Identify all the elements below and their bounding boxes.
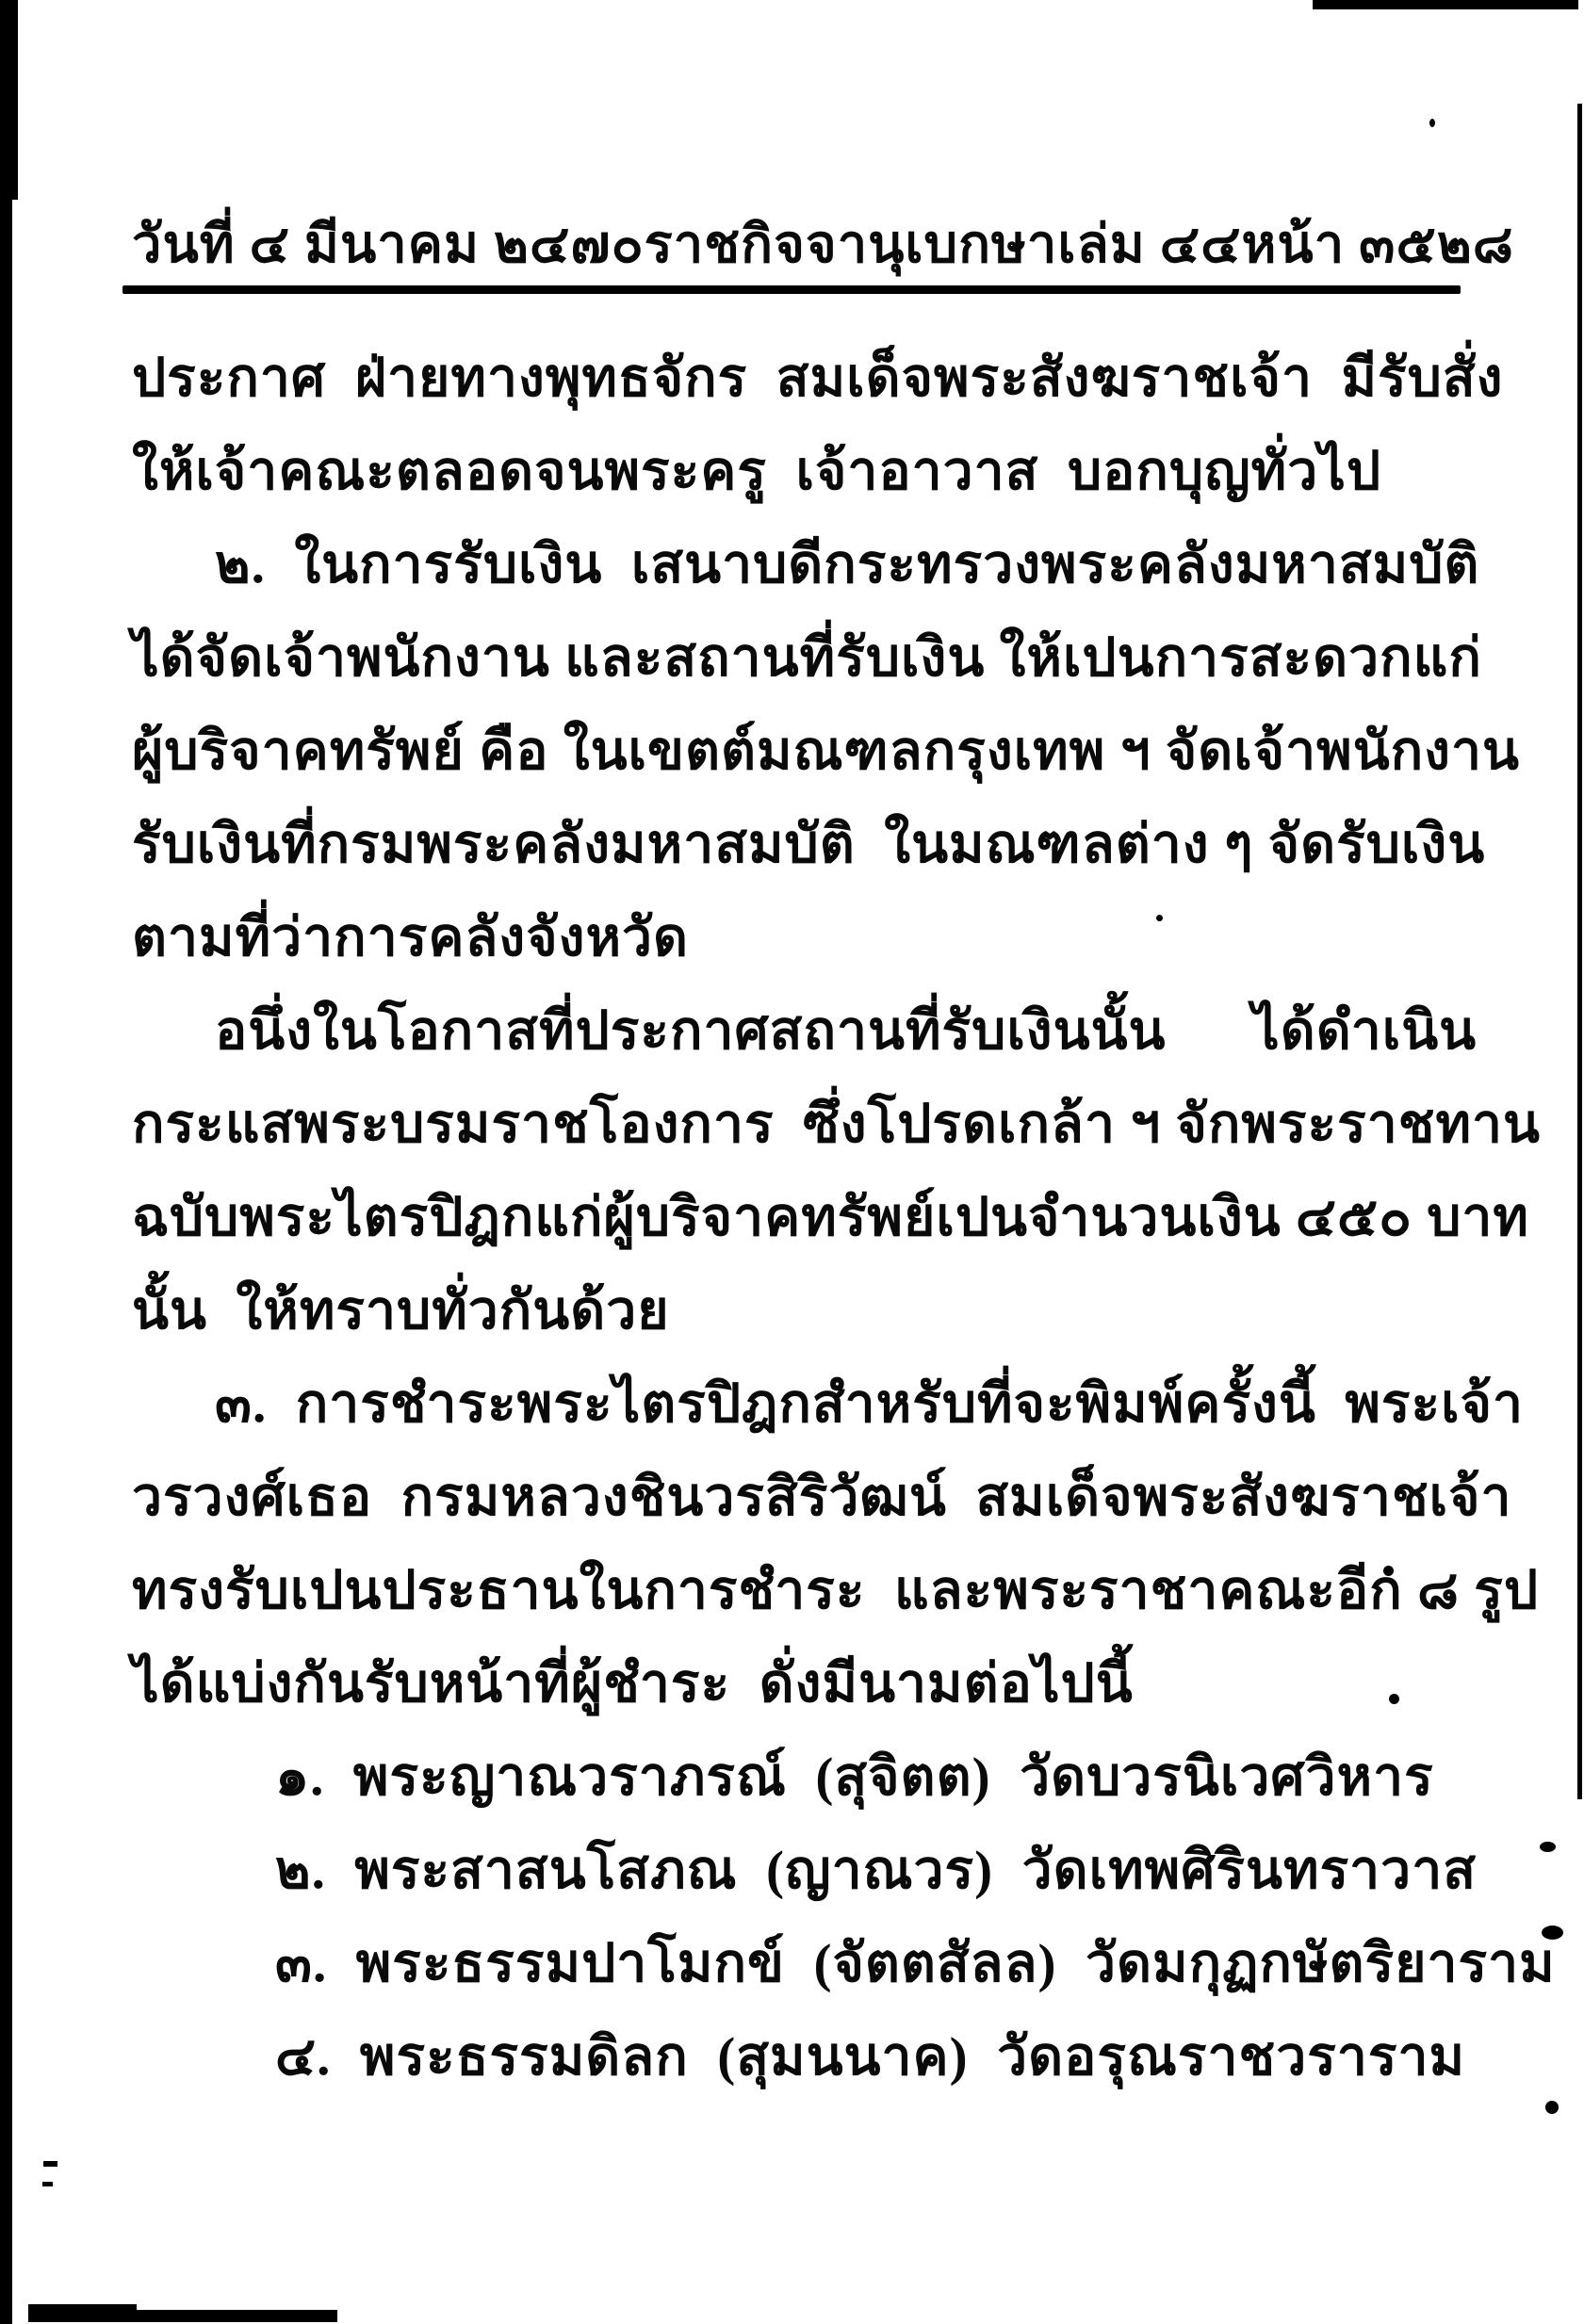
list-item: ๒. พระสาสนโสภณ (ญาณวร) วัดเทพศิรินทราวาส — [132, 1824, 1459, 1917]
ink-speck — [1542, 1926, 1563, 1940]
scan-edge-bottom-left-thick — [28, 2304, 137, 2314]
ink-speck — [1156, 915, 1163, 921]
ink-speck — [1389, 1694, 1399, 1704]
scan-edge-right — [1577, 104, 1582, 1799]
header-gazette-name: ราชกิจจานุเบกษา — [645, 202, 1058, 285]
list-item: ๔. พระธรรมดิลก (สุมนนาค) วัดอรุณราชวรารา… — [132, 2010, 1459, 2104]
text-line: วรวงศ์เธอ กรมหลวงชินวรสิริวัฒน์ สมเด็จพร… — [132, 1451, 1459, 1544]
text-line: กระแสพระบรมราชโองการ ซึ่งโปรดเกล้า ฯ จัก… — [132, 1078, 1459, 1171]
text-line: นั้น ให้ทราบทั่วกันด้วย — [132, 1264, 1459, 1357]
document-body: ประกาศ ฝ่ายทางพุทธจักร สมเด็จพระสังฆราชเ… — [132, 332, 1459, 2104]
text-line: ๒. ในการรับเงิน เสนาบดีกระทรวงพระคลังมหา… — [132, 518, 1459, 611]
text-line: ได้แบ่งกันรับหน้าที่ผู้ชำระ ดั่งมีนามต่อ… — [132, 1637, 1459, 1731]
list-item: ๑. พระญาณวราภรณ์ (สุจิตต) วัดบวรนิเวศวิห… — [132, 1731, 1459, 1824]
page-header: วันที่ ๔ มีนาคม ๒๔๗๐ ราชกิจจานุเบกษา เล่… — [132, 187, 1425, 285]
ink-speck — [1383, 1566, 1394, 1576]
ink-speck — [43, 2161, 57, 2167]
ink-speck — [1540, 1842, 1556, 1852]
list-item: ๓. พระธรรมปาโมกข์ (จัตตสัลล) วัดมกุฏกษัต… — [132, 1917, 1459, 2010]
text-line: ตามที่ว่าการคลังจังหวัด — [132, 891, 1459, 984]
text-line: ประกาศ ฝ่ายทางพุทธจักร สมเด็จพระสังฆราชเ… — [132, 332, 1459, 425]
text-line: ๓. การชำระพระไตรปิฎกสำหรับที่จะพิมพ์ครั้… — [132, 1357, 1459, 1451]
text-line: ฉบับพระไตรปิฎกแก่ผู้บริจาคทรัพย์เปนจำนวน… — [132, 1171, 1459, 1264]
header-volume: เล่ม ๔๔ — [1057, 202, 1241, 285]
scan-edge-left-top — [0, 0, 18, 200]
header-date: วันที่ ๔ มีนาคม ๒๔๗๐ — [132, 202, 645, 285]
text-line: ทรงรับเปนประธานในการชำระ และพระราชาคณะอี… — [132, 1544, 1459, 1637]
scan-edge-top-right — [1313, 0, 1578, 9]
ink-speck — [1429, 119, 1435, 127]
text-line: รับเงินที่กรมพระคลังมหาสมบัติ ในมณฑลต่าง… — [132, 798, 1459, 891]
ink-speck — [1545, 2101, 1559, 2114]
text-line: อนึ่งในโอกาสที่ประกาศสถานที่รับเงินนั้น … — [132, 984, 1459, 1078]
text-line: ผู้บริจาคทรัพย์ คือ ในเขตต์มณฑลกรุงเทพ ฯ… — [132, 705, 1459, 798]
text-line: ได้จัดเจ้าพนักงาน และสถานที่รับเงิน ให้เ… — [132, 611, 1459, 705]
header-rule — [122, 285, 1461, 294]
scan-edge-left — [0, 0, 12, 2324]
header-page-number: หน้า ๓๕๒๘ — [1242, 202, 1514, 285]
gazette-scan-page: วันที่ ๔ มีนาคม ๒๔๗๐ ราชกิจจานุเบกษา เล่… — [0, 0, 1584, 2324]
text-line: ให้เจ้าคณะตลอดจนพระครู เจ้าอาวาส บอกบุญท… — [132, 425, 1459, 518]
ink-speck — [42, 2182, 53, 2186]
